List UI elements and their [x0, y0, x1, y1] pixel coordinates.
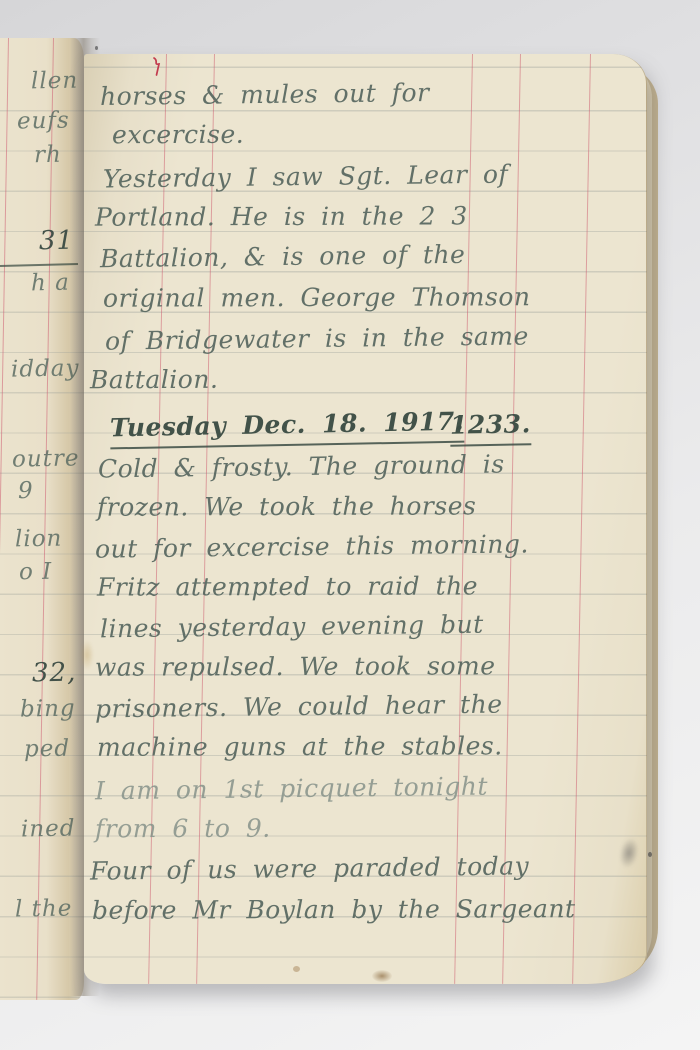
entry-date: Tuesday Dec. 18. 1917. — [110, 405, 465, 450]
diary-line: frozen. We took the horses — [97, 489, 476, 524]
diary-line: Fritz attempted to raid the — [97, 569, 478, 604]
diary-line: I am on 1st picquet tonight — [95, 770, 488, 809]
paper-stain — [372, 970, 392, 982]
diary-line: was repulsed. We took some — [95, 649, 496, 684]
diary-line: Battalion, & is one of the — [100, 238, 466, 276]
entry-number-underline — [0, 263, 78, 267]
cutoff-word: 9 — [18, 478, 34, 504]
cutoff-word: o I — [19, 559, 53, 586]
entry-number-fragment: 31 — [39, 226, 75, 257]
notebook-page: horses & mules out for excercise. Yester… — [84, 54, 647, 984]
dust-speck — [95, 46, 98, 50]
entry-number: 1233. — [450, 408, 531, 447]
cutoff-word: l the — [14, 896, 72, 923]
paper-stain — [293, 966, 300, 972]
diary-line: before Mr Boylan by the Sargeant — [92, 892, 576, 928]
cutoff-word: ped — [24, 736, 71, 763]
cutoff-word: eufs — [17, 108, 70, 135]
diary-line: out for excercise this morning. — [95, 527, 529, 566]
diary-line: from 6 to 9. — [95, 812, 271, 847]
paper-stain — [80, 640, 94, 670]
date-heading: Tuesday Dec. 18. 1917. — [110, 406, 465, 448]
photo-backdrop: llen eufs rh 31 h a idday outre 9 lion o… — [0, 0, 700, 1050]
diary-line: Yesterday I saw Sgt. Lear of — [103, 158, 509, 197]
cutoff-word: h a — [31, 270, 70, 297]
diary-line: machine guns at the stables. — [97, 729, 503, 764]
diary-line: of Bridgewater is in the same — [105, 319, 529, 358]
cutoff-word: ined — [21, 816, 76, 843]
diary-line: prisoners. We could hear the — [95, 688, 503, 727]
diary-line: Four of us were paraded today — [90, 849, 530, 888]
dust-speck — [648, 852, 652, 857]
diary-line: lines yesterday evening but — [100, 608, 484, 647]
diary-line: Cold & frosty. The ground is — [98, 448, 505, 487]
margin-line-red — [502, 54, 521, 984]
diary-line: Battalion. — [90, 363, 218, 397]
cutoff-word: rh — [34, 142, 62, 168]
margin-line-red — [572, 54, 591, 984]
diary-line: excercise. — [112, 118, 244, 152]
diary-line: original men. George Thomson — [103, 280, 531, 315]
diary-line: Portland. He is in the 2 3 — [95, 199, 468, 234]
cutoff-word: bing — [20, 696, 76, 723]
margin-line-red — [36, 38, 54, 1000]
red-pen-mark — [150, 56, 164, 82]
margin-line-red — [0, 38, 9, 1000]
cutoff-word: lion — [14, 526, 62, 553]
